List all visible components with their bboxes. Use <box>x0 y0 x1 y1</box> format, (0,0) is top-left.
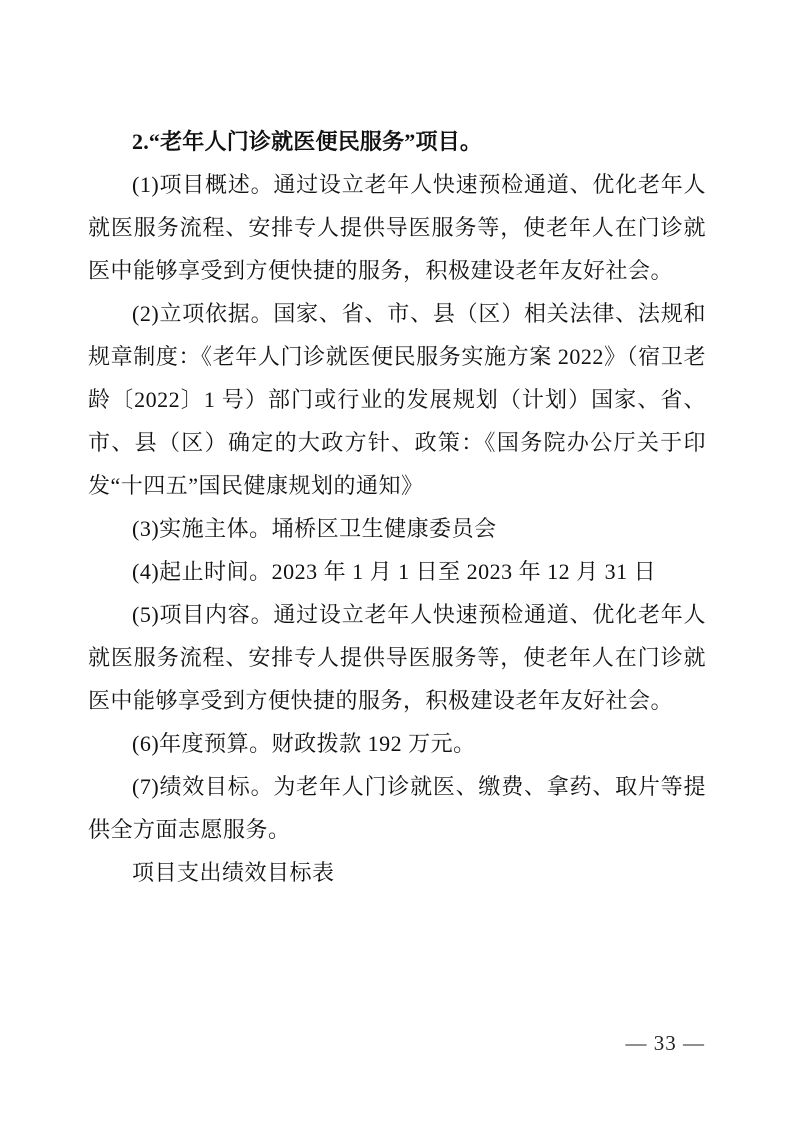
paragraph-project-content: (5)项目内容。通过设立老年人快速预检通道、优化老年人就医服务流程、安排专人提供… <box>88 593 706 722</box>
paragraph-project-overview: (1)项目概述。通过设立老年人快速预检通道、优化老年人就医服务流程、安排专人提供… <box>88 163 706 292</box>
paragraph-table-caption: 项目支出绩效目标表 <box>88 851 706 894</box>
document-page: 2.“老年人门诊就医便民服务”项目。 (1)项目概述。通过设立老年人快速预检通道… <box>0 0 793 1122</box>
paragraph-annual-budget: (6)年度预算。财政拨款 192 万元。 <box>88 722 706 765</box>
document-body: 2.“老年人门诊就医便民服务”项目。 (1)项目概述。通过设立老年人快速预检通道… <box>88 120 706 894</box>
page-number: — 33 — <box>626 1030 706 1056</box>
paragraph-performance-goal: (7)绩效目标。为老年人门诊就医、缴费、拿药、取片等提供全方面志愿服务。 <box>88 765 706 851</box>
section-heading: 2.“老年人门诊就医便民服务”项目。 <box>88 120 706 163</box>
paragraph-implementing-body: (3)实施主体。埇桥区卫生健康委员会 <box>88 507 706 550</box>
paragraph-time-span: (4)起止时间。2023 年 1 月 1 日至 2023 年 12 月 31 日 <box>88 550 706 593</box>
paragraph-project-basis: (2)立项依据。国家、省、市、县（区）相关法律、法规和规章制度：《老年人门诊就医… <box>88 292 706 507</box>
